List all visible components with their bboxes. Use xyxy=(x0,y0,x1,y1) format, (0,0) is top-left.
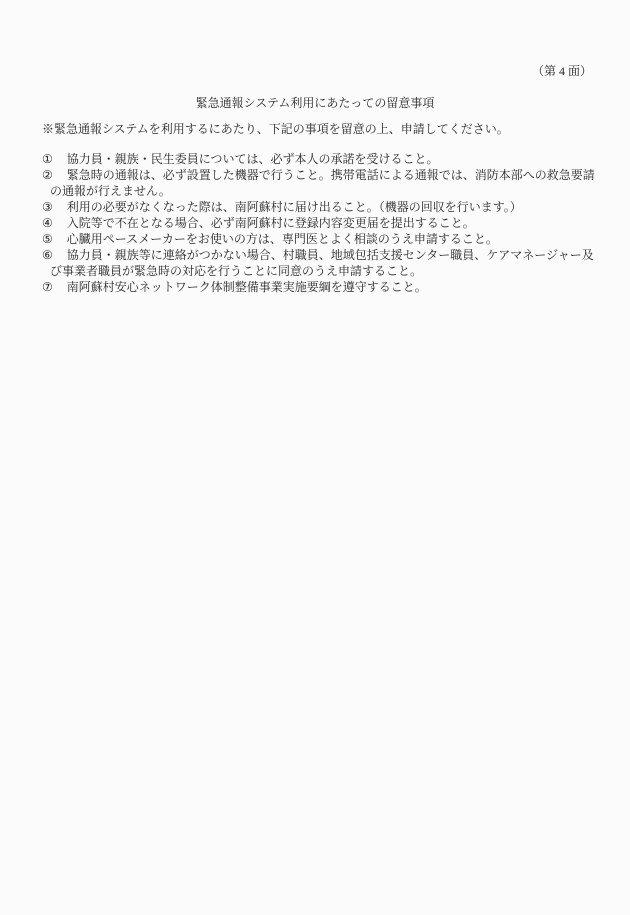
item-5-text: 心臓用ペースメーカーをお使いの方は、専門医とよく相談のうえ申請すること。 xyxy=(67,232,498,246)
item-5-number: ⑤ xyxy=(42,232,53,246)
document-title: 緊急通報システム利用にあたっての留意事項 xyxy=(0,95,630,111)
item-1-number: ① xyxy=(42,152,53,166)
item-6-number: ⑥ xyxy=(42,248,53,262)
instruction-note: ※緊急通報システムを利用するにあたり、下記の事項を留意の上、申請してください。 xyxy=(42,121,612,137)
notice-item-5: ⑤心臓用ペースメーカーをお使いの方は、専門医とよく相談のうえ申請すること。 xyxy=(42,231,612,247)
document-page: （第 4 面） 緊急通報システム利用にあたっての留意事項 ※緊急通報システムを利… xyxy=(0,0,630,915)
item-2-number: ② xyxy=(42,168,53,182)
notice-item-3: ③利用の必要がなくなった際は、南阿蘇村に届け出ること。（機器の回収を行います。） xyxy=(42,199,612,215)
item-2-text: 緊急時の通報は、必ず設置した機器で行うこと。携帯電話による通報では、消防本部への… xyxy=(50,168,595,198)
item-1-text: 協力員・親族・民生委員については、必ず本人の承諾を受けること。 xyxy=(67,152,439,166)
notice-item-6: ⑥協力員・親族等に連絡がつかない場合、村職員、地域包括支援センター職員、ケアマネ… xyxy=(42,247,612,279)
notice-item-4: ④入院等で不在となる場合、必ず南阿蘇村に登録内容変更届を提出すること。 xyxy=(42,215,612,231)
item-6-text: 協力員・親族等に連絡がつかない場合、村職員、地域包括支援センター職員、ケアマネー… xyxy=(50,248,594,278)
item-7-number: ⑦ xyxy=(42,280,53,294)
item-7-text: 南阿蘇村安心ネットワーク体制整備事業実施要綱を遵守すること。 xyxy=(67,280,427,294)
item-3-number: ③ xyxy=(42,200,53,214)
item-4-text: 入院等で不在となる場合、必ず南阿蘇村に登録内容変更届を提出すること。 xyxy=(67,216,475,230)
notice-item-2: ②緊急時の通報は、必ず設置した機器で行うこと。携帯電話による通報では、消防本部へ… xyxy=(42,167,612,199)
item-3-text: 利用の必要がなくなった際は、南阿蘇村に届け出ること。（機器の回収を行います。） xyxy=(67,200,522,214)
notice-item-1: ①協力員・親族・民生委員については、必ず本人の承諾を受けること。 xyxy=(42,151,612,167)
page-number-marker: （第 4 面） xyxy=(0,63,630,79)
notice-item-7: ⑦南阿蘇村安心ネットワーク体制整備事業実施要綱を遵守すること。 xyxy=(42,279,612,295)
notice-item-list: ①協力員・親族・民生委員については、必ず本人の承諾を受けること。 ②緊急時の通報… xyxy=(42,151,612,295)
item-4-number: ④ xyxy=(42,216,53,230)
